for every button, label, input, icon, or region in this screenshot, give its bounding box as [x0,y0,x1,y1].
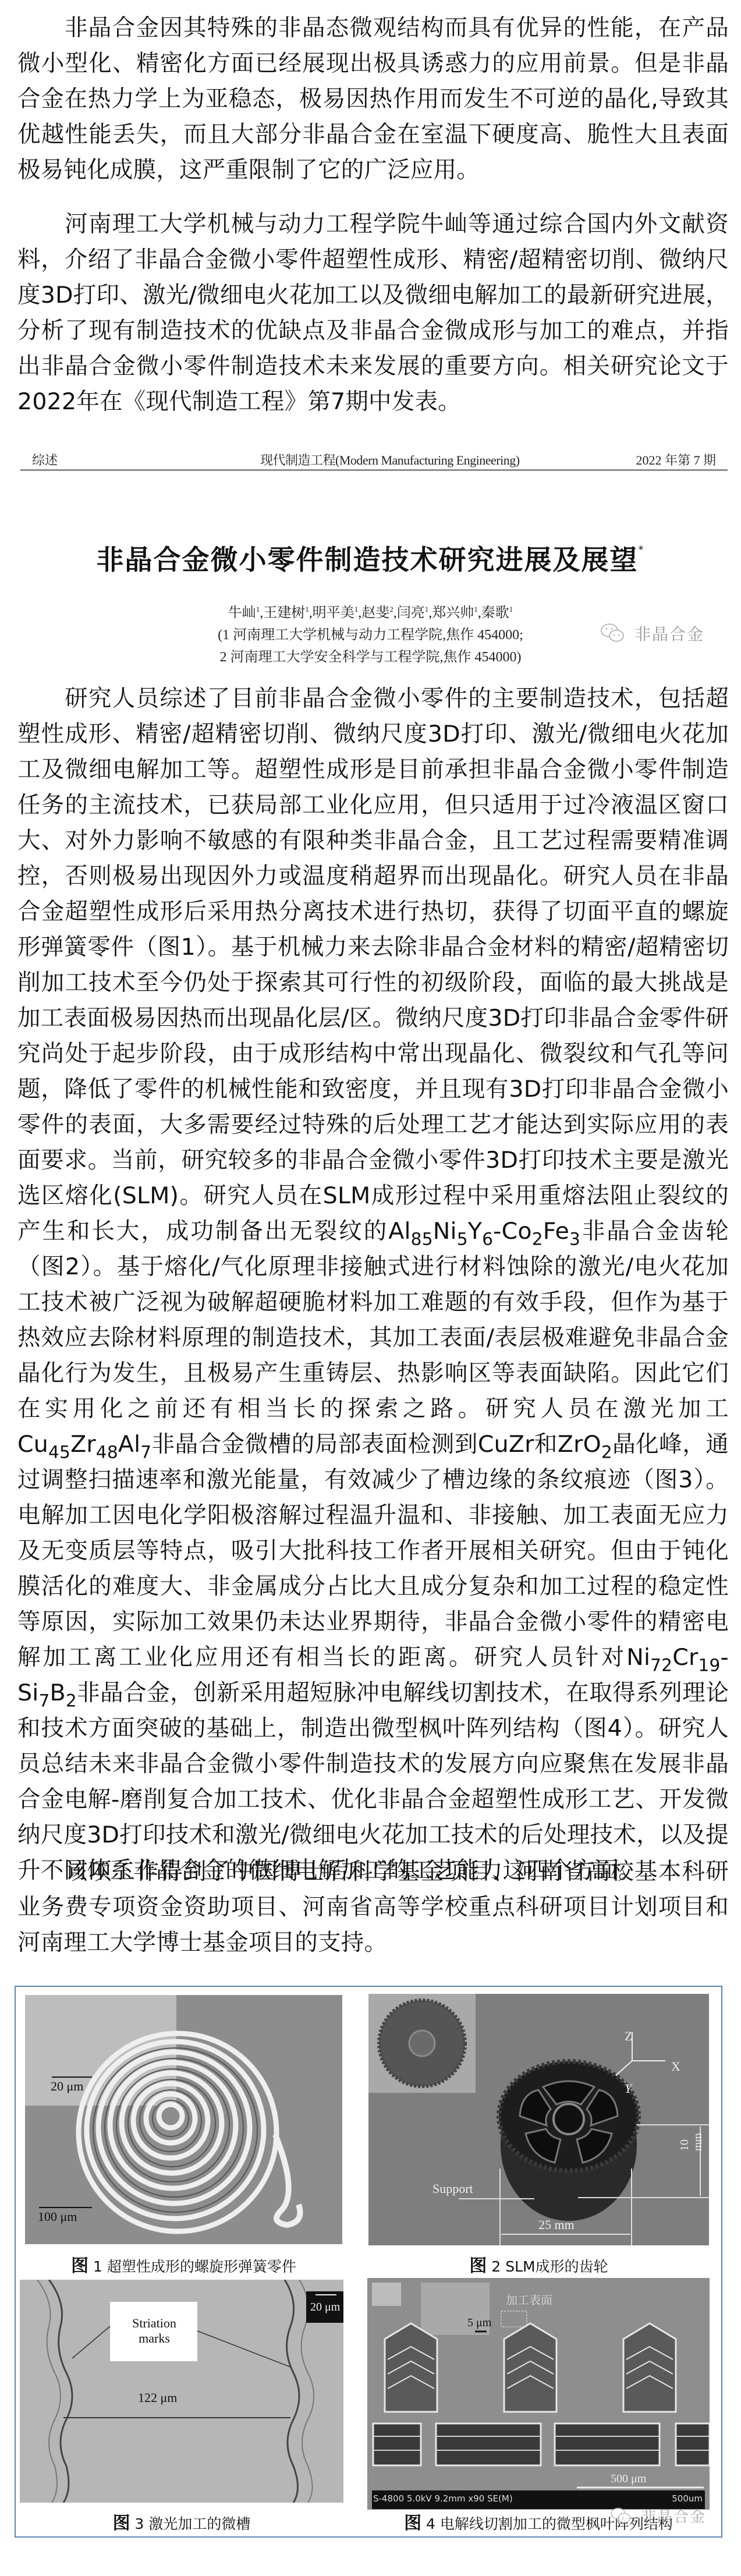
alloy-formula-1: Al85Ni5Y6-Co2Fe3 [388,1218,580,1245]
author-name: 明平美 [313,605,354,621]
figure-number: 4 [426,2515,435,2532]
figure-caption-text: 超塑性成形的螺旋形弹簧零件 [107,2258,296,2275]
figure-4-image: 加工表面 5 μm 500 μm S-4800 5.0kV 9.2mm x90 … [367,2278,710,2510]
element: Ni [626,1644,650,1671]
author-name: 秦歌 [481,605,509,621]
element: Cu [17,1431,48,1458]
body-text-a: 研究人员综述了目前非晶合金微小零件的主要制造技术，包括超塑性成形、精密/超精密切… [17,685,729,1245]
author-name: 闫亮 [397,605,425,621]
author-name: 牛屾 [228,605,256,621]
subscript: 7 [140,1442,151,1462]
subscript: 7 [38,1691,49,1710]
journal-name: 现代制造工程(Modern Manufacturing Engineering) [260,451,520,469]
author-affiliation-mark: 1 [425,605,429,614]
alloy-formula-2: Cu45Zr48Al7 [17,1431,151,1458]
figure-1-caption: 图 1 超塑性成形的螺旋形弹簧零件 [25,2251,342,2277]
watermark-text: 非晶合金 [634,622,704,645]
figure-caption-text: SLM成形的齿轮 [505,2258,608,2275]
axis-y-label: Y [625,2081,632,2096]
watermark-text: 非晶合金 [641,2505,706,2527]
width-dimension-label: 25 mm [538,2217,575,2233]
affiliation-2: 2 河南理工大学安全科学与工程学院,焦作 454000) [0,646,741,668]
element: B [50,1679,66,1706]
subscript: 2 [66,1691,77,1710]
element: Al [118,1431,140,1458]
figure-label: 图 [71,2256,88,2276]
element: Cr [672,1644,698,1671]
subscript: 2 [601,1442,612,1462]
figure-2-caption: 图 2 SLM成形的齿轮 [368,2251,709,2277]
subscript: 2 [532,1229,543,1249]
subscript: 48 [96,1442,118,1462]
author-affiliation-mark: 2 [389,605,393,614]
figure-caption-text: 激光加工的微槽 [148,2515,250,2532]
maple-leaf-array-image [367,2278,710,2510]
figure-1-image: 20 μm 100 μm [25,1995,342,2244]
figure-panel: 20 μm 100 μm 图 1 超塑性成形的螺旋形弹簧零件 [15,1986,722,2538]
intro-paragraph-1-text: 非晶合金因其特殊的非晶态微观结构而具有优异的性能，在产品微小型化、精密化方面已经… [17,15,729,183]
axis-x-label: X [671,2059,680,2074]
funding-paragraph: 该项工作得到了中国博士后科学基金项目、河南省高校基本科研业务费专项资金资助项目、… [17,1854,729,1961]
intro-paragraph-2-text: 河南理工大学机械与动力工程学院牛屾等通过综合国内外文献资料，介绍了非晶合金微小零… [17,211,729,415]
groove-width-label: 122 μm [138,2390,177,2405]
striation-marks-label: Striation marks [116,2316,192,2346]
figure-number: 3 [135,2515,144,2532]
support-label: Support [432,2181,473,2196]
body-text-b: 非晶合金齿轮（图2）。基于熔化/气化原理非接触式进行材料蚀除的激光/电火花加工技… [17,1218,729,1422]
subscript: 85 [411,1229,433,1249]
sem-info-bar: S-4800 5.0kV 9.2mm x90 SE(M) [373,2493,513,2504]
watermark: 非晶合金 [600,622,704,645]
journal-issue: 2022 年第 7 期 [636,451,716,469]
subscript: 45 [48,1442,70,1462]
author-affiliation-mark: 1 [305,605,309,614]
scale-bar-20um: 20 μm [51,2079,83,2094]
axis-z-label: Z [625,2029,632,2044]
wechat-icon [600,622,626,645]
subscript: 6 [482,1229,493,1249]
figure-label: 图 [404,2513,421,2534]
title-footnote-mark: * [639,544,645,556]
body-text-e: 非晶合金，创新采用超短脉冲电解线切割技术，在取得系列理论和技术方面突破的基础上，… [17,1679,729,1884]
subscript: 5 [457,1229,468,1249]
element: -Co [493,1218,532,1245]
subscript: 3 [569,1229,580,1249]
figure-number: 2 [491,2258,501,2275]
figure-2-image: Z X Y 10 mm Support 25 mm [368,1994,709,2245]
author-affiliation-mark: 1 [256,605,260,614]
scale-bar-20um: 20 μm [310,2301,340,2314]
figure-number: 1 [93,2258,102,2275]
author-affiliation-mark: 1 [474,605,478,614]
header-rule [20,469,728,471]
subscript: 19 [698,1655,720,1675]
element: Y [468,1218,482,1245]
author-name: 赵斐 [361,605,389,621]
journal-section: 综述 [32,451,58,469]
figure-3-caption: 图 3 激光加工的微槽 [20,2508,343,2534]
element: Al [388,1218,410,1245]
author-affiliation-mark: 1 [354,605,359,614]
figure-label: 图 [469,2256,487,2276]
body-paragraph-1: 研究人员综述了目前非晶合金微小零件的主要制造技术，包括超塑性成形、精密/超精密切… [17,681,729,1888]
spiral-spring-image [25,1995,342,2244]
intro-paragraph-1: 非晶合金因其特殊的非晶态微观结构而具有优异的性能，在产品微小型化、精密化方面已经… [17,10,729,188]
article-title-text: 非晶合金微小零件制造技术研究进展及展望 [97,544,639,576]
figure-3-image: Striation marks 122 μm 20 μm [20,2280,343,2503]
body-text-c: 非晶合金微槽的局部表面检测到CuZr和ZrO [151,1431,601,1458]
author-list: 牛屾1,王建树1,明平美1,赵斐2,闫亮1,郑兴帅1,秦歌1 [0,598,741,624]
element: Fe [543,1218,569,1245]
wechat-icon [609,2506,633,2526]
sem-scale-text: 500um [672,2493,703,2504]
element: Zr [70,1431,96,1458]
scale-bar-100um: 100 μm [38,2209,77,2224]
subscript: 72 [650,1655,672,1675]
journal-header: 综述 现代制造工程(Modern Manufacturing Engineeri… [20,447,728,469]
scale-bar-500um: 500 μm [611,2472,646,2486]
height-dimension-label: 10 mm [678,2120,705,2151]
laser-microgroove-image [20,2280,343,2503]
figure-watermark: 非晶合金 [609,2505,706,2527]
intro-paragraph-2: 河南理工大学机械与动力工程学院牛屾等通过综合国内外文献资料，介绍了非晶合金微小零… [17,207,729,420]
machined-surface-label: 加工表面 [506,2291,552,2308]
author-name: 郑兴帅 [432,605,474,621]
scale-bar-5um: 5 μm [467,2316,491,2330]
article-title: 非晶合金微小零件制造技术研究进展及展望* [0,538,741,577]
body-text-d: 晶化峰，通过调整扫描速率和激光能量，有效减少了槽边缘的条纹痕迹（图3）。电解加工… [17,1431,729,1671]
funding-text: 该项工作得到了中国博士后科学基金项目、河南省高校基本科研业务费专项资金资助项目、… [17,1858,729,1956]
slm-gear-image [368,1994,709,2245]
figure-label: 图 [113,2513,130,2534]
author-name: 王建树 [263,605,305,621]
author-affiliation-mark: 1 [509,605,513,614]
element: Ni [433,1218,457,1245]
